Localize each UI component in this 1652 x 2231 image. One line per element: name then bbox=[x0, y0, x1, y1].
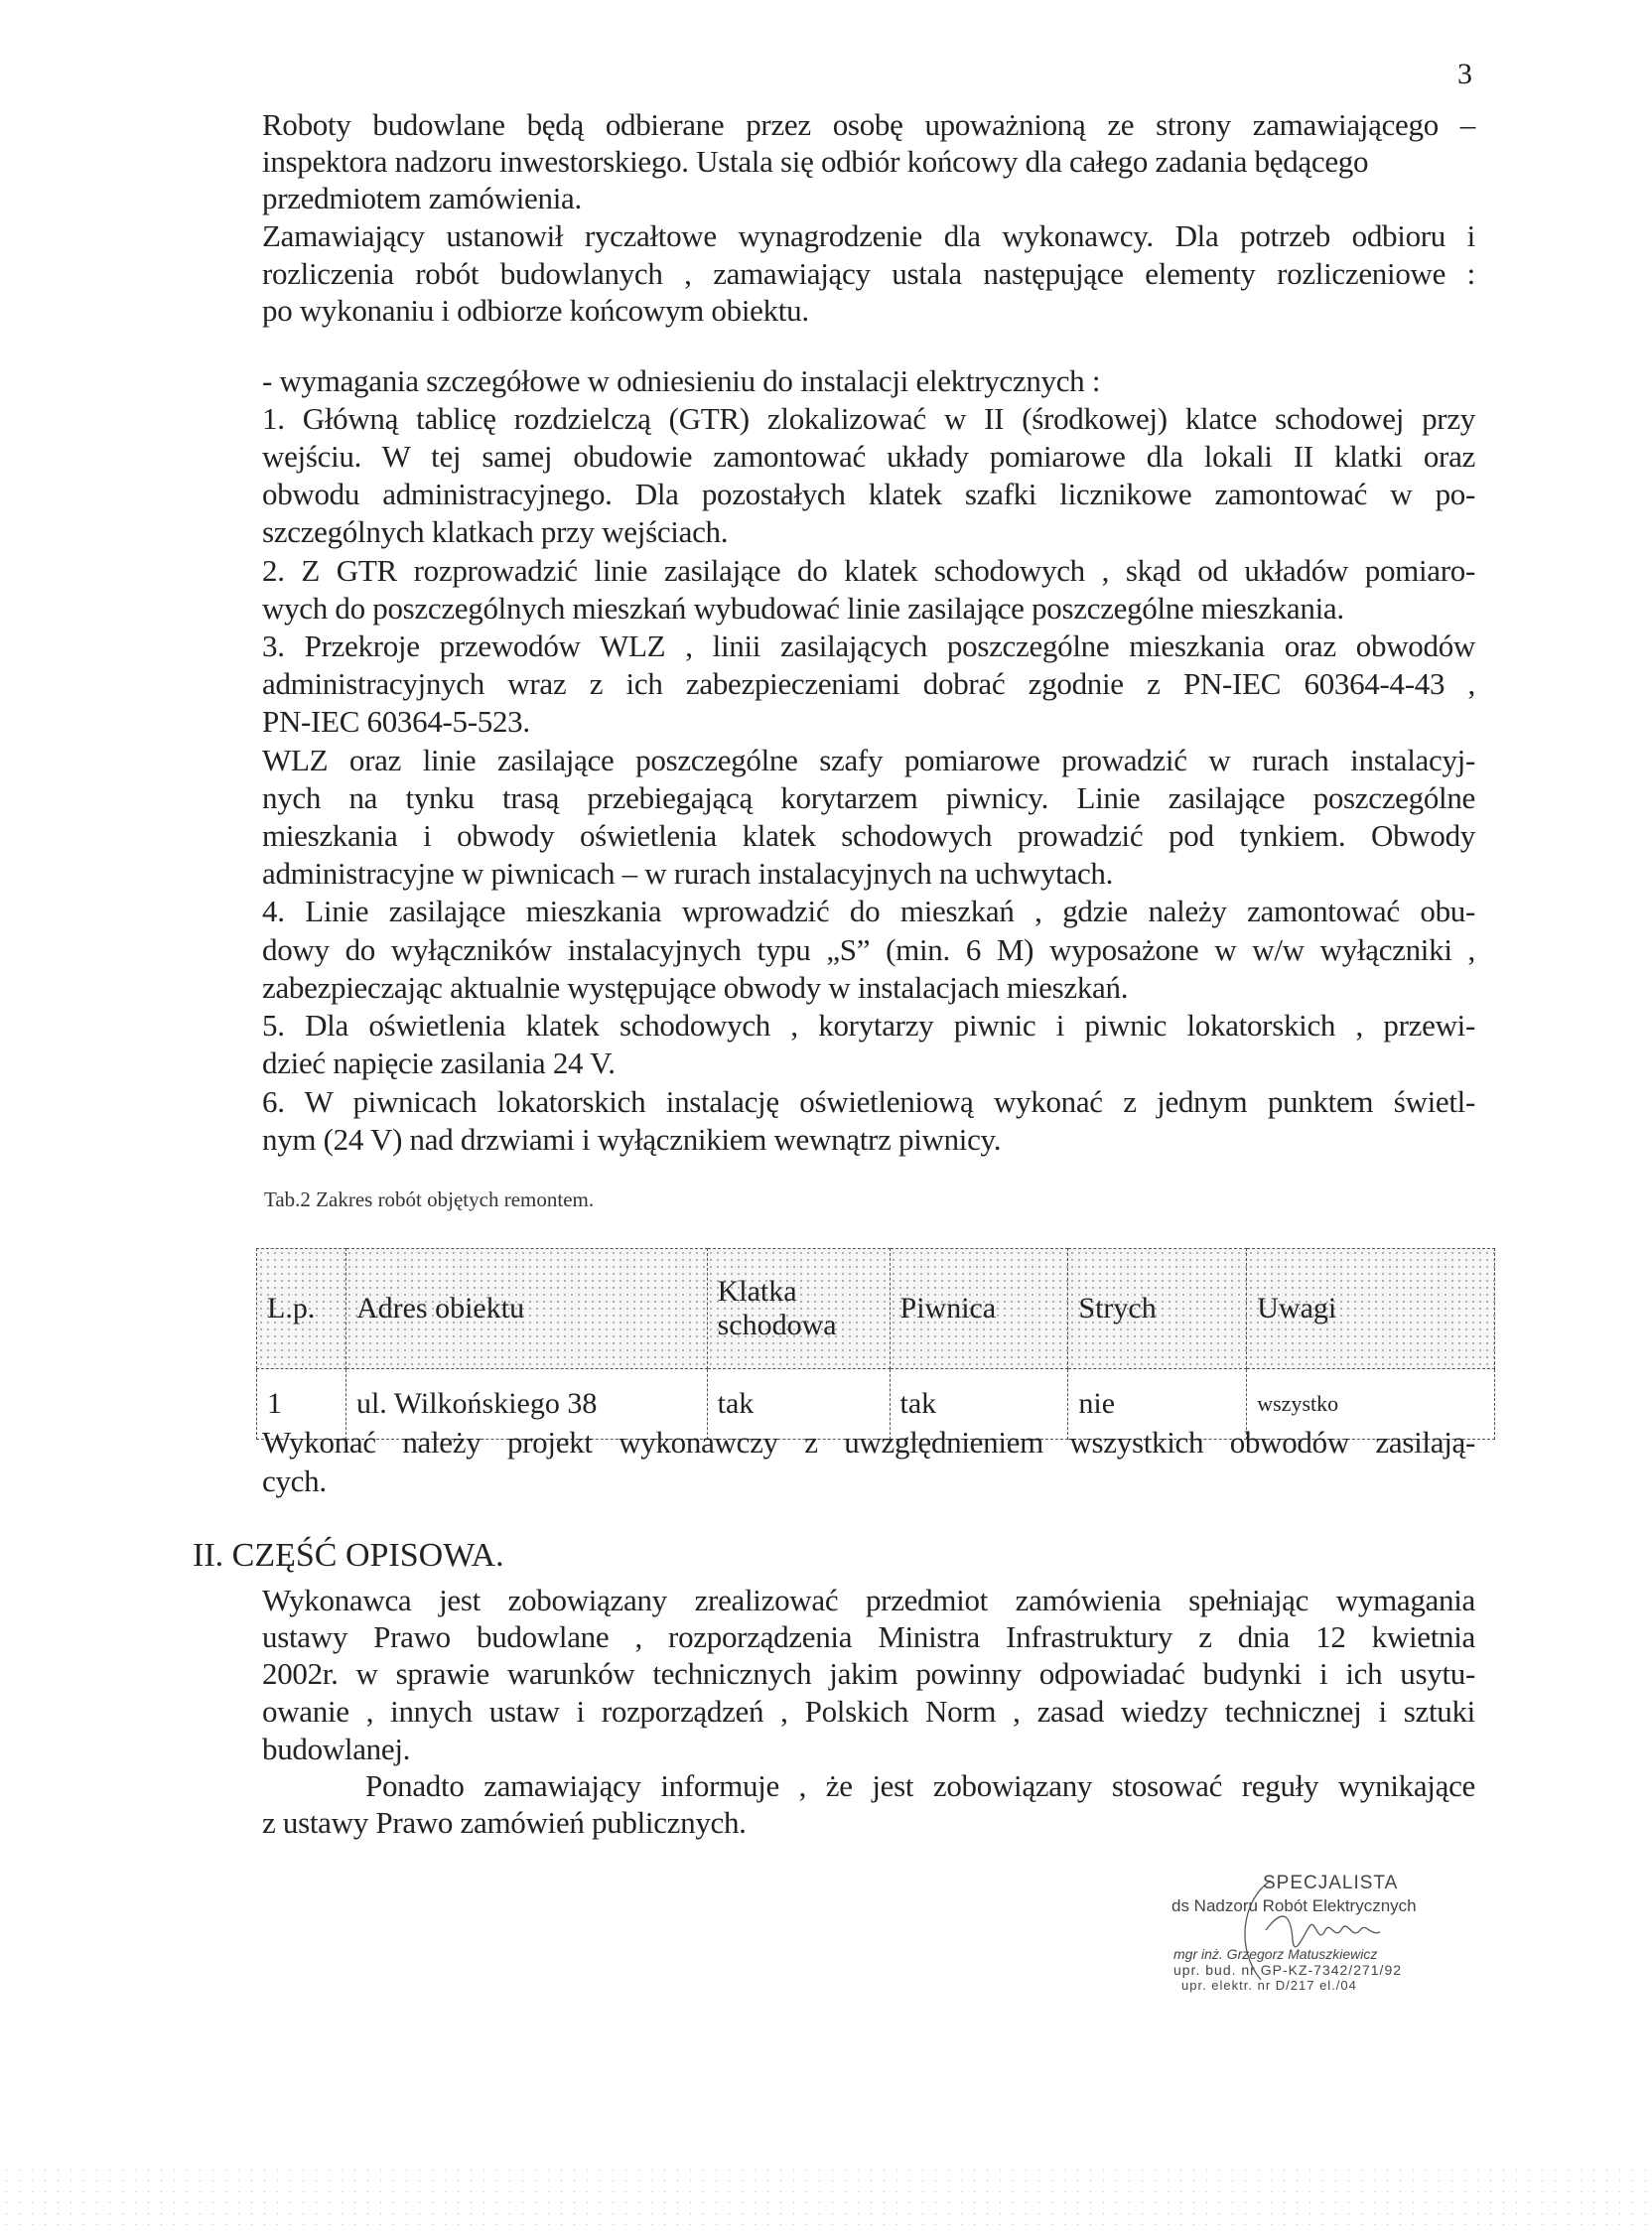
stamp-name: mgr inż. Grzegorz Matuszkiewicz bbox=[1173, 1946, 1377, 1962]
stamp-subtitle: ds Nadzoru Robót Elektrycznych bbox=[1171, 1896, 1417, 1916]
header-basement: Piwnica bbox=[890, 1249, 1068, 1369]
text-line: z ustawy Prawo zamówień publicznych. bbox=[262, 1804, 1475, 1842]
stamp-title: SPECJALISTA bbox=[1263, 1873, 1398, 1894]
works-scope-table: L.p. Adres obiektu Klatka schodowa Piwni… bbox=[256, 1248, 1495, 1440]
text-line: wych do poszczególnych mieszkań wybudowa… bbox=[262, 590, 1475, 627]
text-line: owanie , innych ustaw i rozporządzeń , P… bbox=[262, 1693, 1475, 1731]
text-line: 3. Przekroje przewodów WLZ , linii zasil… bbox=[262, 627, 1475, 665]
header-attic: Strych bbox=[1068, 1249, 1247, 1369]
header-staircase: Klatka schodowa bbox=[707, 1249, 890, 1369]
text-line: administracyjnych wraz z ich zabezpiecze… bbox=[262, 665, 1475, 703]
scan-noise bbox=[0, 2164, 1652, 2231]
text-line: - wymagania szczegółowe w odniesieniu do… bbox=[262, 362, 1475, 400]
signature-stamp: SPECJALISTA ds Nadzoru Robót Elektryczny… bbox=[1171, 1867, 1529, 2006]
header-staircase-line1: Klatka bbox=[718, 1275, 797, 1308]
text-line: 6. W piwnicach lokatorskich instalację o… bbox=[262, 1083, 1475, 1121]
text-line: mieszkania i obwody oświetlenia klatek s… bbox=[262, 817, 1475, 855]
header-staircase-line2: schodowa bbox=[718, 1309, 837, 1341]
table-header-row: L.p. Adres obiektu Klatka schodowa Piwni… bbox=[257, 1249, 1495, 1369]
text-line: Ponadto zamawiający informuje , że jest … bbox=[365, 1767, 1475, 1805]
text-line: zabezpieczając aktualnie występujące obw… bbox=[262, 969, 1475, 1007]
text-line: administracyjne w piwnicach – w rurach i… bbox=[262, 855, 1475, 893]
text-line: budowlanej. bbox=[262, 1731, 1475, 1768]
text-line: nym (24 V) nad drzwiami i wyłącznikiem w… bbox=[262, 1121, 1475, 1159]
text-line: 2. Z GTR rozprowadzić linie zasilające d… bbox=[262, 552, 1475, 590]
text-line: WLZ oraz linie zasilające poszczególne s… bbox=[262, 742, 1475, 779]
table-caption: Tab.2 Zakres robót objętych remontem. bbox=[264, 1187, 594, 1212]
text-line: cych. bbox=[262, 1463, 1475, 1500]
text-line: Wykonawca jest zobowiązany zrealizować p… bbox=[262, 1582, 1475, 1619]
text-line: rozliczenia robót budowlanych , zamawiaj… bbox=[262, 255, 1475, 293]
section-heading: II. CZĘŚĆ OPISOWA. bbox=[193, 1537, 504, 1575]
text-line: przedmiotem zamówienia. bbox=[262, 180, 1475, 217]
text-line: ustawy Prawo budowlane , rozporządzenia … bbox=[262, 1618, 1475, 1656]
text-line: nych na tynku trasą przebiegającą koryta… bbox=[262, 779, 1475, 817]
text-line: inspektora nadzoru inwestorskiego. Ustal… bbox=[262, 143, 1475, 181]
text-line: Roboty budowlane będą odbierane przez os… bbox=[262, 106, 1475, 144]
text-line: szczególnych klatkach przy wejściach. bbox=[262, 513, 1475, 551]
stamp-license-2: upr. elektr. nr D/217 el./04 bbox=[1181, 1978, 1357, 1993]
text-line: 4. Linie zasilające mieszkania wprowadzi… bbox=[262, 893, 1475, 930]
stamp-license-1: upr. bud. nr GP-KZ-7342/271/92 bbox=[1173, 1962, 1402, 1978]
text-line: po wykonaniu i odbiorze końcowym obiektu… bbox=[262, 292, 1475, 330]
page-number: 3 bbox=[1457, 58, 1472, 91]
text-line: 1. Główną tablicę rozdzielczą (GTR) zlok… bbox=[262, 400, 1475, 438]
header-address: Adres obiektu bbox=[345, 1249, 707, 1369]
text-line: Zamawiający ustanowił ryczałtowe wynagro… bbox=[262, 217, 1475, 255]
text-line: obwodu administracyjnego. Dla pozostałyc… bbox=[262, 476, 1475, 513]
text-line: 2002r. w sprawie warunków technicznych j… bbox=[262, 1655, 1475, 1693]
text-line: 5. Dla oświetlenia klatek schodowych , k… bbox=[262, 1007, 1475, 1045]
text-line: Wykonać należy projekt wykonawczy z uwzg… bbox=[262, 1424, 1475, 1462]
text-line: PN-IEC 60364-5-523. bbox=[262, 703, 1475, 741]
header-lp: L.p. bbox=[257, 1249, 346, 1369]
text-line: dowy do wyłączników instalacyjnych typu … bbox=[262, 931, 1475, 969]
text-line: dzieć napięcie zasilania 24 V. bbox=[262, 1045, 1475, 1082]
header-notes: Uwagi bbox=[1247, 1249, 1495, 1369]
text-line: wejściu. W tej samej obudowie zamontować… bbox=[262, 438, 1475, 476]
